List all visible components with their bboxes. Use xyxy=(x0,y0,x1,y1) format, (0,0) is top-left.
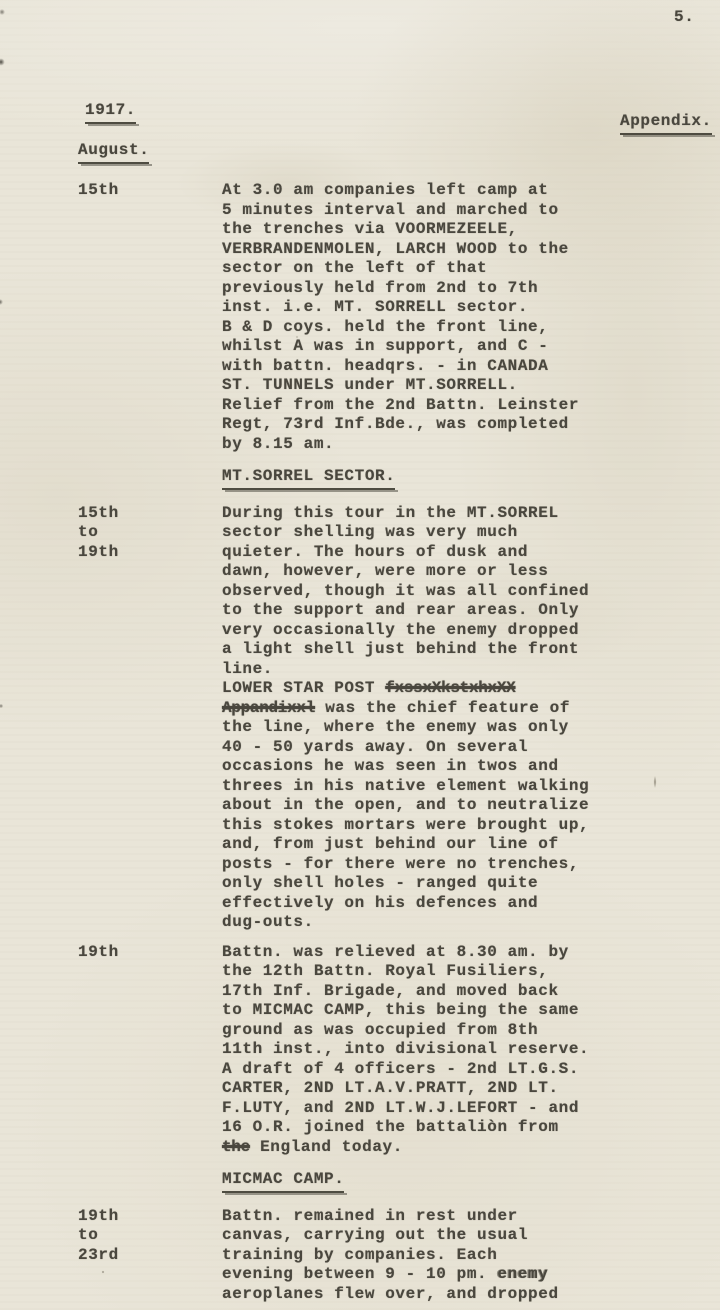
body-text: sector on the left of that xyxy=(222,259,487,277)
entry-date: 15th xyxy=(78,181,222,201)
body-text: canvas, carrying out the usual xyxy=(222,1226,528,1244)
entry-date: 19th xyxy=(78,943,222,963)
body-line: dug-outs. xyxy=(222,913,708,933)
body-text: very occasionally the enemy dropped xyxy=(222,621,579,639)
body-text: previously held from 2nd to 7th xyxy=(222,279,538,297)
typed-over-text: the xyxy=(222,1138,250,1156)
entry-body: During this tour in the MT.SORRELsector … xyxy=(222,504,708,933)
body-line: by 8.15 am. xyxy=(222,435,708,455)
body-text: occasions he was seen in twos and xyxy=(222,757,559,775)
entry-date-line: 15th xyxy=(78,181,222,201)
body-text: 16 O.R. joined the battaliòn from xyxy=(222,1118,559,1136)
body-text: to MICMAC CAMP, this being the same xyxy=(222,1001,579,1019)
body-line: a light shell just behind the front xyxy=(222,640,708,660)
body-line: LOWER STAR POST fxssxXkstxhxXX xyxy=(222,679,708,699)
body-line: 11th inst., into divisional reserve. xyxy=(222,1040,708,1060)
body-text: only shell holes - ranged quite xyxy=(222,874,538,892)
entry-date-line: 23rd xyxy=(78,1246,222,1266)
body-text: was the chief feature of xyxy=(315,699,570,717)
body-text: inst. i.e. MT. SORRELL sector. xyxy=(222,298,528,316)
body-line: Battn. was relieved at 8.30 am. by xyxy=(222,943,708,963)
body-text: During this tour in the MT.SORREL xyxy=(222,504,559,522)
body-text: VERBRANDENMOLEN, LARCH WOOD to the xyxy=(222,240,569,258)
body-line: the 12th Battn. Royal Fusiliers, xyxy=(222,962,708,982)
entry-date-line: 19th xyxy=(78,943,222,963)
body-line: inst. i.e. MT. SORRELL sector. xyxy=(222,298,708,318)
body-line: sector shelling was very much xyxy=(222,523,708,543)
body-line: the line, where the enemy was only xyxy=(222,718,708,738)
body-text: ST. TUNNELS under MT.SORRELL. xyxy=(222,376,518,394)
body-line: Battn. remained in rest under xyxy=(222,1207,708,1227)
body-text: effectively on his defences and xyxy=(222,894,538,912)
body-text: England today. xyxy=(250,1138,403,1156)
entry-body: Battn. remained in rest undercanvas, car… xyxy=(222,1207,708,1305)
body-text: evening between 9 - 10 pm. xyxy=(222,1265,497,1283)
body-text: dug-outs. xyxy=(222,913,314,931)
body-line: line. xyxy=(222,660,708,680)
month-heading: August. xyxy=(78,141,149,164)
year-heading: 1917. xyxy=(85,101,136,124)
body-line: VERBRANDENMOLEN, LARCH WOOD to the xyxy=(222,240,708,260)
body-text: whilst A was in support, and C - xyxy=(222,337,548,355)
body-line: Appandixxl was the chief feature of xyxy=(222,699,708,719)
body-text: Battn. was relieved at 8.30 am. by xyxy=(222,943,569,961)
body-text: enemy xyxy=(497,1265,548,1283)
body-text: to the support and rear areas. Only xyxy=(222,601,579,619)
entry-row: 19thBattn. was relieved at 8.30 am. byth… xyxy=(78,943,714,1158)
body-text: B & D coys. held the front line, xyxy=(222,318,548,336)
entry-date-line: 15th xyxy=(78,504,222,524)
body-line: about in the open, and to neutralize xyxy=(222,796,708,816)
body-line: 40 - 50 yards away. On several xyxy=(222,738,708,758)
body-text: At 3.0 am companies left camp at xyxy=(222,181,548,199)
section-heading: MICMAC CAMP. xyxy=(222,1170,708,1199)
body-line: A draft of 4 officers - 2nd LT.G.S. xyxy=(222,1060,708,1080)
page-number: 5. xyxy=(674,8,694,28)
body-text: dawn, however, were more or less xyxy=(222,562,548,580)
entry-date: 15thto19th xyxy=(78,504,222,563)
entry-date-line: 19th xyxy=(78,543,222,563)
body-line: sector on the left of that xyxy=(222,259,708,279)
section-heading-row: MICMAC CAMP. xyxy=(78,1170,714,1199)
body-text: quieter. The hours of dusk and xyxy=(222,543,528,561)
body-line: B & D coys. held the front line, xyxy=(222,318,708,338)
entry-date-line: to xyxy=(78,1226,222,1246)
body-text: 40 - 50 yards away. On several xyxy=(222,738,528,756)
body-text: a light shell just behind the front xyxy=(222,640,579,658)
body-line: with battn. headqrs. - in CANADA xyxy=(222,357,708,377)
body-line: to the support and rear areas. Only xyxy=(222,601,708,621)
body-line: At 3.0 am companies left camp at xyxy=(222,181,708,201)
diary-entries: 15thAt 3.0 am companies left camp at5 mi… xyxy=(78,181,714,1304)
body-text: the 12th Battn. Royal Fusiliers, xyxy=(222,962,548,980)
body-line: CARTER, 2ND LT.A.V.PRATT, 2ND LT. xyxy=(222,1079,708,1099)
body-text: with battn. headqrs. - in CANADA xyxy=(222,357,548,375)
body-line: observed, though it was all confined xyxy=(222,582,708,602)
body-line: to MICMAC CAMP, this being the same xyxy=(222,1001,708,1021)
body-line: Relief from the 2nd Battn. Leinster xyxy=(222,396,708,416)
entry-body: Battn. was relieved at 8.30 am. bythe 12… xyxy=(222,943,708,1158)
body-text: F.LUTY, and 2ND LT.W.J.LEFORT - and xyxy=(222,1099,579,1117)
body-line: canvas, carrying out the usual xyxy=(222,1226,708,1246)
body-text: sector shelling was very much xyxy=(222,523,518,541)
body-text: 11th inst., into divisional reserve. xyxy=(222,1040,589,1058)
body-line: the trenches via VOORMEZEELE, xyxy=(222,220,708,240)
body-line: 5 minutes interval and marched to xyxy=(222,201,708,221)
body-text: this stokes mortars were brought up, xyxy=(222,816,589,834)
body-text: about in the open, and to neutralize xyxy=(222,796,589,814)
body-text: Regt, 73rd Inf.Bde., was completed xyxy=(222,415,569,433)
body-line: posts - for there were no trenches, xyxy=(222,855,708,875)
section-heading-row: MT.SORREL SECTOR. xyxy=(78,467,714,496)
body-text: A draft of 4 officers - 2nd LT.G.S. xyxy=(222,1060,579,1078)
section-heading: MT.SORREL SECTOR. xyxy=(222,467,708,496)
body-line: occasions he was seen in twos and xyxy=(222,757,708,777)
body-line: effectively on his defences and xyxy=(222,894,708,914)
body-text: and, from just behind our line of xyxy=(222,835,559,853)
body-text: CARTER, 2ND LT.A.V.PRATT, 2ND LT. xyxy=(222,1079,559,1097)
document-page: 5. 1917. Appendix. August. 15thAt 3.0 am… xyxy=(0,0,720,1310)
body-line: Regt, 73rd Inf.Bde., was completed xyxy=(222,415,708,435)
section-heading-text: MICMAC CAMP. xyxy=(222,1170,344,1193)
body-text: Battn. remained in rest under xyxy=(222,1207,518,1225)
body-line: whilst A was in support, and C - xyxy=(222,337,708,357)
body-text: the line, where the enemy was only xyxy=(222,718,569,736)
body-line: previously held from 2nd to 7th xyxy=(222,279,708,299)
body-line: evening between 9 - 10 pm. enemy xyxy=(222,1265,708,1285)
body-text: by 8.15 am. xyxy=(222,435,334,453)
body-line: very occasionally the enemy dropped xyxy=(222,621,708,641)
typed-over-text: fxssxXkstxhxXX xyxy=(385,679,515,697)
typed-over-text: Appandixxl xyxy=(222,699,315,717)
body-line: ST. TUNNELS under MT.SORRELL. xyxy=(222,376,708,396)
body-text: line. xyxy=(222,660,273,678)
body-line: 16 O.R. joined the battaliòn from xyxy=(222,1118,708,1138)
body-line: quieter. The hours of dusk and xyxy=(222,543,708,563)
entry-row: 15thto19thDuring this tour in the MT.SOR… xyxy=(78,504,714,933)
body-text: ground as was occupied from 8th xyxy=(222,1021,538,1039)
body-text: 5 minutes interval and marched to xyxy=(222,201,559,219)
entry-date-line: 19th xyxy=(78,1207,222,1227)
entry-date: 19thto23rd xyxy=(78,1207,222,1266)
body-line: and, from just behind our line of xyxy=(222,835,708,855)
body-text: threes in his native element walking xyxy=(222,777,589,795)
body-line: F.LUTY, and 2ND LT.W.J.LEFORT - and xyxy=(222,1099,708,1119)
entry-row: 19thto23rdBattn. remained in rest underc… xyxy=(78,1207,714,1305)
body-text: 17th Inf. Brigade, and moved back xyxy=(222,982,559,1000)
body-text: Relief from the 2nd Battn. Leinster xyxy=(222,396,579,414)
body-line: only shell holes - ranged quite xyxy=(222,874,708,894)
entry-body: At 3.0 am companies left camp at5 minute… xyxy=(222,181,708,454)
section-heading-text: MT.SORREL SECTOR. xyxy=(222,467,395,490)
body-line: aeroplanes flew over, and dropped xyxy=(222,1285,708,1305)
entry-row: 15thAt 3.0 am companies left camp at5 mi… xyxy=(78,181,714,454)
body-line: this stokes mortars were brought up, xyxy=(222,816,708,836)
body-line: the England today. xyxy=(222,1138,708,1158)
body-text: LOWER STAR POST xyxy=(222,679,385,697)
entry-date-line: to xyxy=(78,523,222,543)
appendix-label: Appendix. xyxy=(620,112,712,135)
body-text: training by companies. Each xyxy=(222,1246,497,1264)
body-line: ground as was occupied from 8th xyxy=(222,1021,708,1041)
body-line: 17th Inf. Brigade, and moved back xyxy=(222,982,708,1002)
body-line: training by companies. Each xyxy=(222,1246,708,1266)
body-line: During this tour in the MT.SORREL xyxy=(222,504,708,524)
body-text: observed, though it was all confined xyxy=(222,582,589,600)
body-text: the trenches via VOORMEZEELE, xyxy=(222,220,518,238)
body-line: threes in his native element walking xyxy=(222,777,708,797)
body-line: dawn, however, were more or less xyxy=(222,562,708,582)
body-text: posts - for there were no trenches, xyxy=(222,855,579,873)
body-text: aeroplanes flew over, and dropped xyxy=(222,1285,559,1303)
